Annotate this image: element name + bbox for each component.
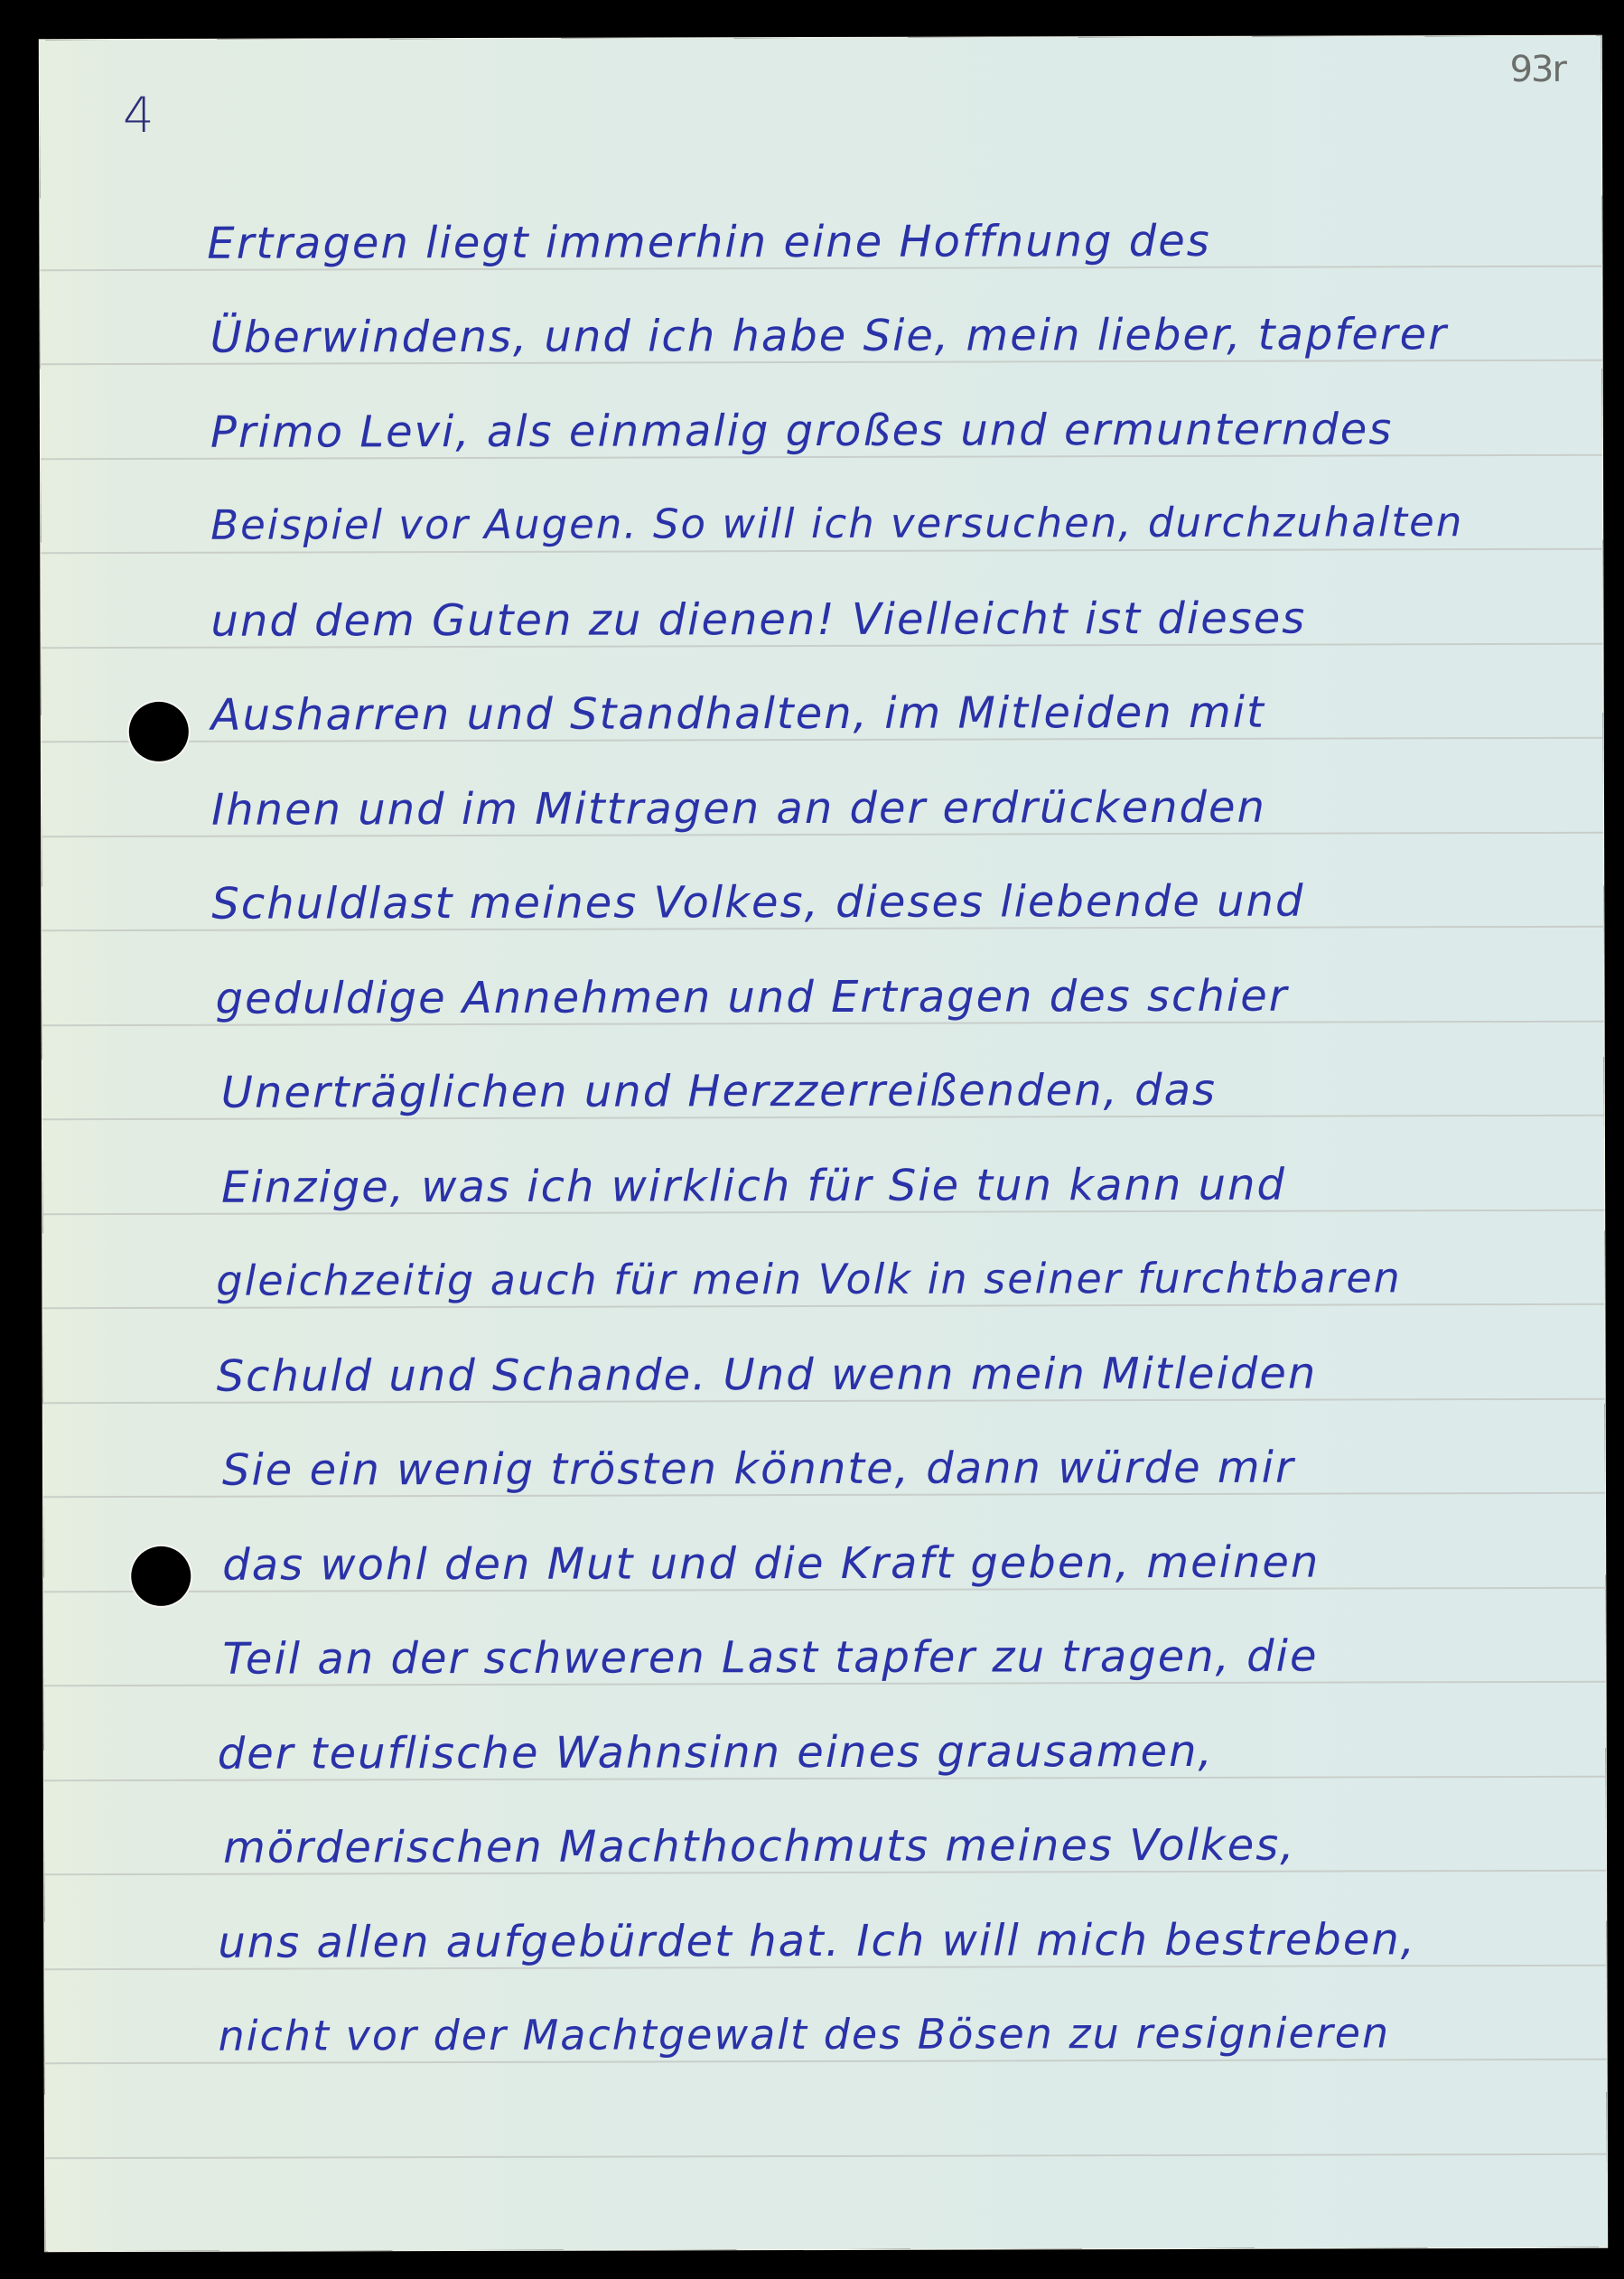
lined-paper-sheet: 4 93r Ertragen liegt immerhin eine Hoffn… <box>40 36 1607 2252</box>
ruled-line <box>45 2153 1607 2160</box>
handwritten-line: Schuldlast meines Volkes, dieses liebend… <box>211 880 1304 926</box>
handwritten-line: nicht vor der Machtgewalt des Bösen zu r… <box>219 2012 1391 2056</box>
handwritten-line: Einzige, was ich wirklich für Sie tun ka… <box>221 1163 1286 1210</box>
handwritten-line: Teil an der schweren Last tapfer zu trag… <box>222 1635 1318 1681</box>
handwritten-line: Überwindens, und ich habe Sie, mein lieb… <box>210 313 1448 360</box>
handwritten-line: geduldige Annehmen und Ertragen des schi… <box>216 975 1289 1021</box>
handwritten-line: Schuld und Schande. Und wenn mein Mitlei… <box>217 1352 1318 1398</box>
scanned-document: 4 93r Ertragen liegt immerhin eine Hoffn… <box>0 0 1624 2279</box>
page-number: 4 <box>123 87 154 144</box>
handwritten-line: das wohl den Mut und die Kraft geben, me… <box>222 1541 1320 1587</box>
ruled-line <box>41 548 1602 555</box>
handwritten-line: Primo Levi, als einmalig großes und ermu… <box>210 407 1393 453</box>
punch-hole-lower <box>131 1546 191 1606</box>
handwritten-line: Unerträglichen und Herzzerreißenden, das <box>221 1069 1217 1115</box>
archive-folio-number: 93r <box>1509 49 1564 90</box>
handwritten-line: mörderischen Machthochmuts meines Volkes… <box>223 1824 1296 1870</box>
handwritten-line: Sie ein wenig trösten könnte, dann würde… <box>222 1446 1295 1492</box>
handwritten-line: Ertragen liegt immerhin eine Hoffnung de… <box>207 219 1210 266</box>
handwritten-line: und dem Guten zu dienen! Vielleicht ist … <box>210 597 1306 643</box>
handwritten-line: Ausharren und Standhalten, im Mitleiden … <box>211 691 1265 737</box>
handwritten-line: Beispiel vor Augen. So will ich versuche… <box>210 501 1463 546</box>
handwritten-line: uns allen aufgebürdet hat. Ich will mich… <box>218 1918 1416 1964</box>
handwritten-line: gleichzeitig auch für mein Volk in seine… <box>216 1256 1402 1301</box>
handwritten-line: der teuflische Wahnsinn eines grausamen, <box>218 1730 1214 1776</box>
punch-hole-upper <box>129 702 189 761</box>
handwritten-line: Ihnen und im Mittragen an der erdrückend… <box>211 786 1266 832</box>
